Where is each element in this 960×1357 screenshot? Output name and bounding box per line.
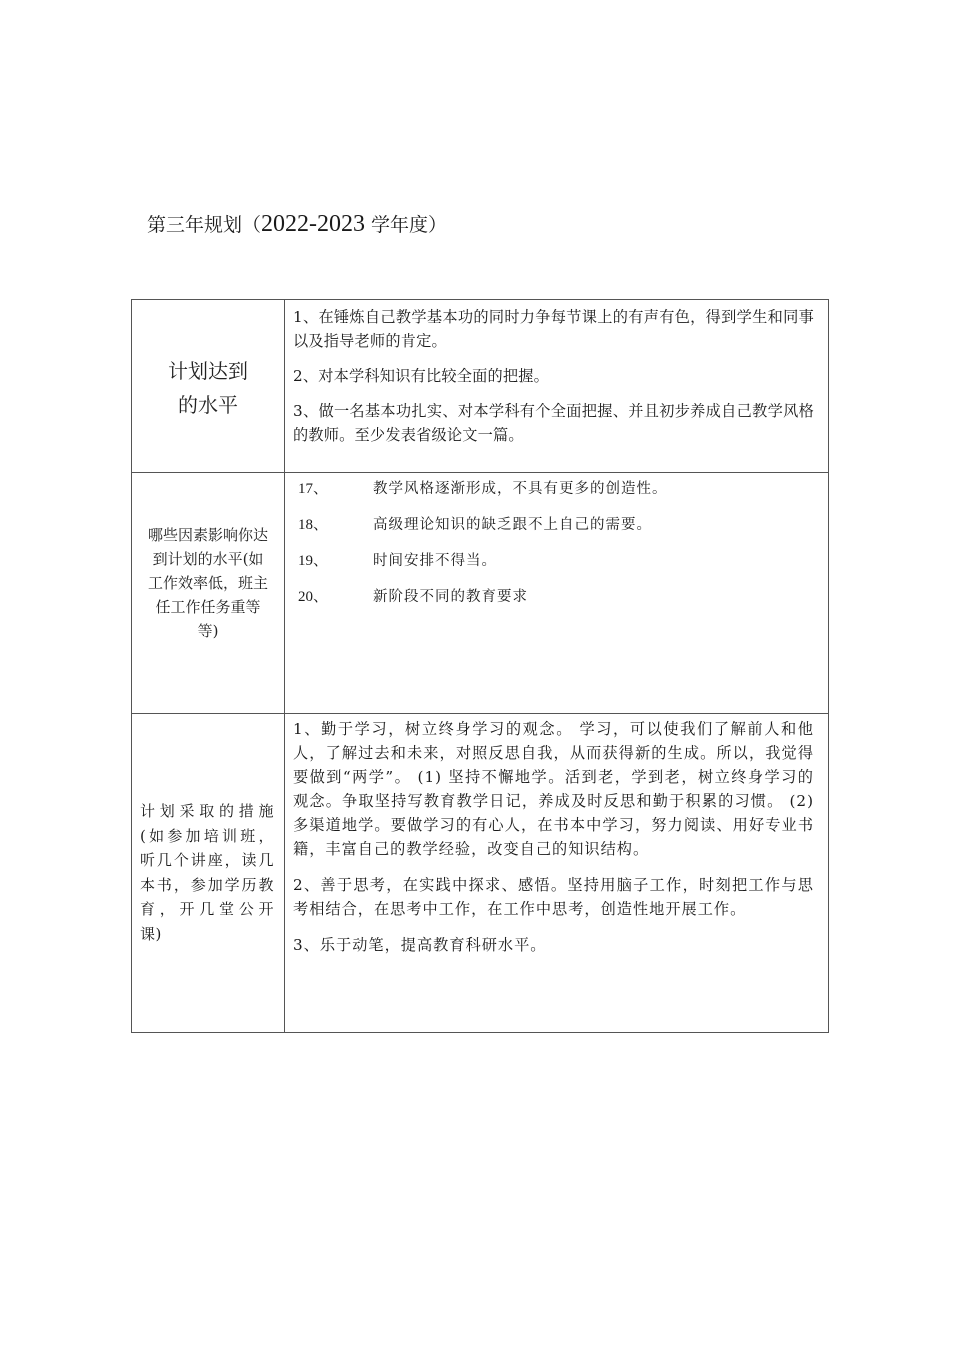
label-line: 的水平 <box>132 388 284 422</box>
label-line: 等) <box>136 619 280 643</box>
label-line: 到计划的水平(如 <box>136 547 280 571</box>
label-line: 工作效率低，班主 <box>136 571 280 595</box>
item-number: 18、 <box>298 515 373 535</box>
list-item: 3、做一名基本功扎实、对本学科有个全面把握、并且初步养成自己教学风格的教师。至少… <box>293 399 814 447</box>
list-item: 2、善于思考，在实践中探求、感悟。坚持用脑子工作，时刻把工作与思考相结合，在思考… <box>293 873 814 921</box>
item-number: 19、 <box>298 551 373 571</box>
label-line: 计划达到 <box>132 354 284 388</box>
item-text: 新阶段不同的教育要求 <box>373 587 528 607</box>
list-item: 3、乐于动笔，提高教育科研水平。 <box>293 933 814 957</box>
row-label-cell: 哪些因素影响你达 到计划的水平(如 工作效率低，班主 任工作任务重等 等) <box>132 473 285 714</box>
list-item: 17、 教学风格逐渐形成，不具有更多的创造性。 <box>298 479 814 499</box>
row-label-cell: 计划采取的措施 (如参加培训班， 听几个讲座，读几 本书，参加学历教 育，开几堂… <box>132 714 285 1033</box>
title-year: 2022-2023 <box>261 211 365 237</box>
list-item: 20、 新阶段不同的教育要求 <box>298 587 814 607</box>
list-item: 2、对本学科知识有比较全面的把握。 <box>293 364 814 388</box>
table-row-target-level: 计划达到 的水平 1、在锤炼自己教学基本功的同时力争每节课上的有声有色，得到学生… <box>132 300 829 473</box>
label-line: 哪些因素影响你达 <box>136 523 280 547</box>
label-line: 本书，参加学历教 <box>140 873 274 898</box>
item-text: 高级理论知识的缺乏跟不上自己的需要。 <box>373 515 652 535</box>
list-item: 18、 高级理论知识的缺乏跟不上自己的需要。 <box>298 515 814 535</box>
row-content-cell: 17、 教学风格逐渐形成，不具有更多的创造性。 18、 高级理论知识的缺乏跟不上… <box>285 473 829 714</box>
plan-table: 计划达到 的水平 1、在锤炼自己教学基本功的同时力争每节课上的有声有色，得到学生… <box>131 299 829 1033</box>
label-line: 任工作任务重等 <box>136 595 280 619</box>
row-label: 哪些因素影响你达 到计划的水平(如 工作效率低，班主 任工作任务重等 等) <box>132 473 284 643</box>
label-line: 课) <box>140 922 274 947</box>
page-title: 第三年规划（2022-2023 学年度） <box>147 210 447 238</box>
row-label-cell: 计划达到 的水平 <box>132 300 285 473</box>
list-item: 1、勤于学习，树立终身学习的观念。 学习，可以使我们了解前人和他人，了解过去和未… <box>293 717 814 861</box>
item-text: 教学风格逐渐形成，不具有更多的创造性。 <box>373 479 668 499</box>
row-label: 计划采取的措施 (如参加培训班， 听几个讲座，读几 本书，参加学历教 育，开几堂… <box>132 714 284 946</box>
item-number: 20、 <box>298 587 373 607</box>
table-row-influencing-factors: 哪些因素影响你达 到计划的水平(如 工作效率低，班主 任工作任务重等 等) 17… <box>132 473 829 714</box>
table-row-measures: 计划采取的措施 (如参加培训班， 听几个讲座，读几 本书，参加学历教 育，开几堂… <box>132 714 829 1033</box>
row-label: 计划达到 的水平 <box>132 350 284 422</box>
row-content-cell: 1、勤于学习，树立终身学习的观念。 学习，可以使我们了解前人和他人，了解过去和未… <box>285 714 829 1033</box>
item-text: 时间安排不得当。 <box>373 551 497 571</box>
item-number: 17、 <box>298 479 373 499</box>
list-item: 19、 时间安排不得当。 <box>298 551 814 571</box>
title-prefix: 第三年规划（ <box>147 214 261 236</box>
title-suffix: 学年度） <box>365 214 447 236</box>
label-line: 计划采取的措施 <box>140 799 274 824</box>
list-item: 1、在锤炼自己教学基本功的同时力争每节课上的有声有色，得到学生和同事以及指导老师… <box>293 305 814 353</box>
label-line: 听几个讲座，读几 <box>140 848 274 873</box>
row-content-cell: 1、在锤炼自己教学基本功的同时力争每节课上的有声有色，得到学生和同事以及指导老师… <box>285 300 829 473</box>
label-line: 育，开几堂公开 <box>140 897 274 922</box>
label-line: (如参加培训班， <box>140 824 274 849</box>
